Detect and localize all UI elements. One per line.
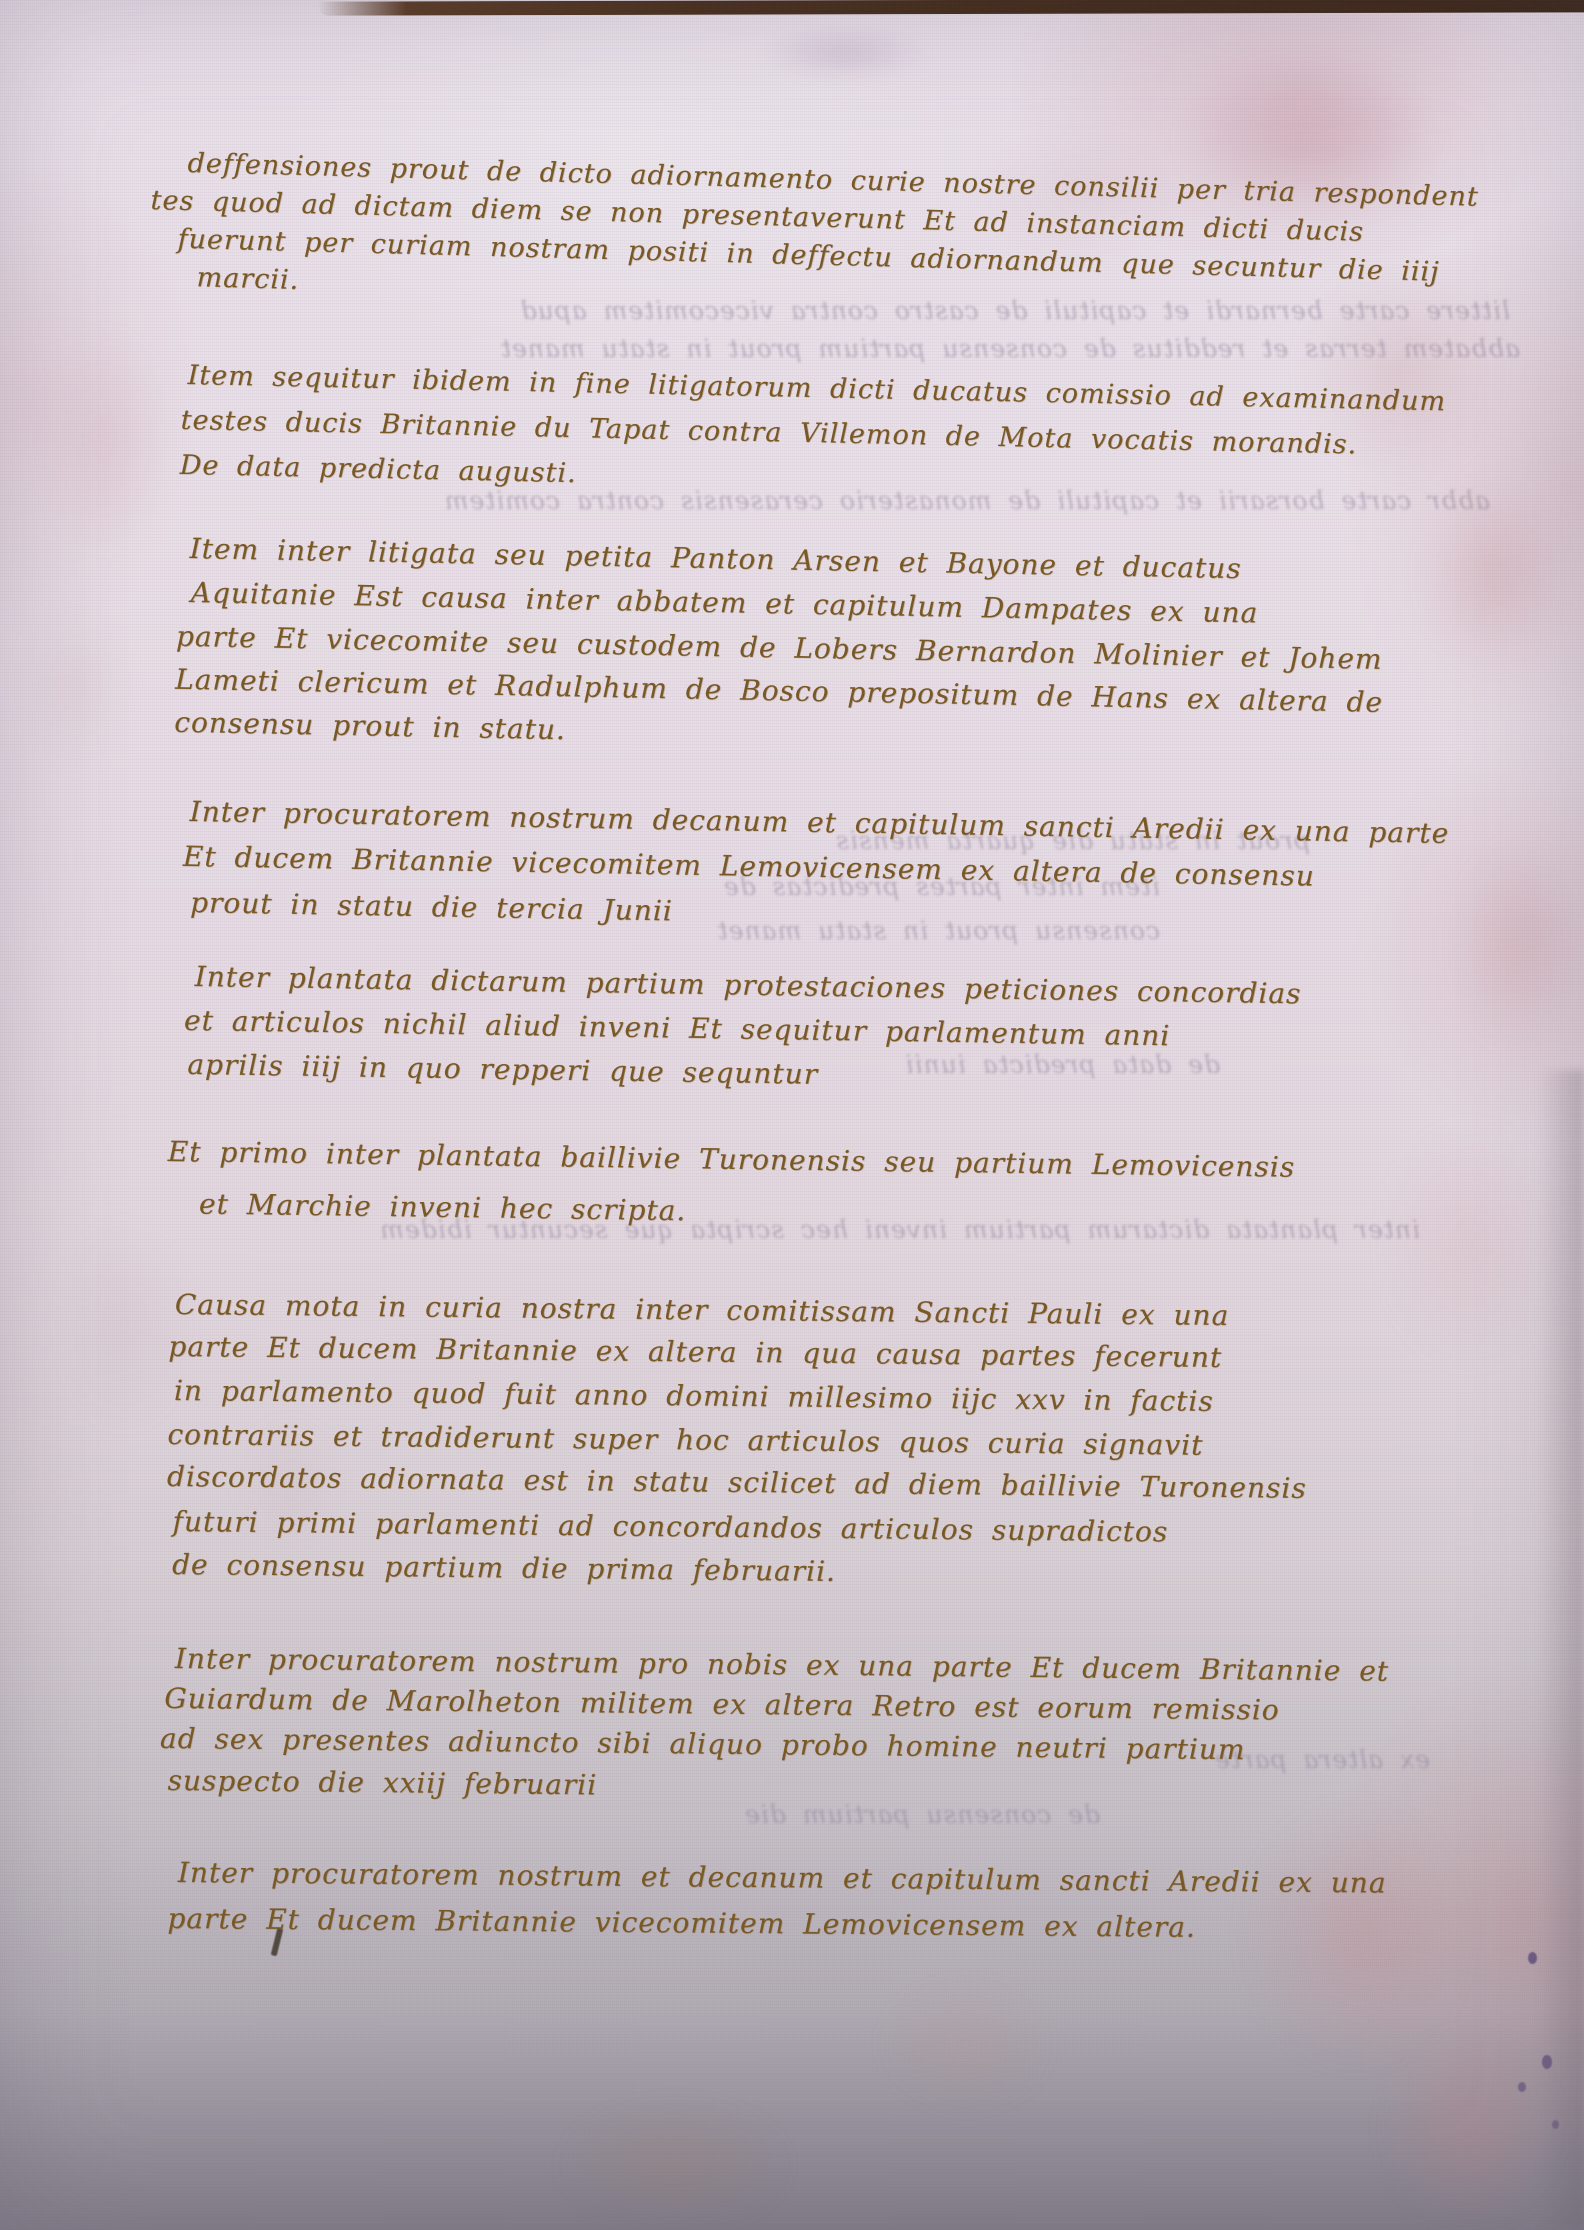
manuscript-line: ad sex presentes adiuncto sibi aliquo pr… xyxy=(160,1722,1246,1766)
manuscript-line: De data predicta augusti. xyxy=(179,450,577,489)
manuscript-line: Inter procuratorem nostrum decanum et ca… xyxy=(189,795,1449,850)
manuscript-line: marcii. xyxy=(196,262,299,296)
manuscript-line: et articulos nichil aliud inveni Et sequ… xyxy=(184,1004,1171,1052)
manuscript-line: Item inter litigata seu petita Panton Ar… xyxy=(189,532,1242,585)
manuscript-line: suspecto die xxiij februarii xyxy=(167,1764,597,1801)
manuscript-line: testes ducis Britannie du Tapat contra V… xyxy=(180,405,1357,461)
manuscript-line: Et ducem Britannie vicecomitem Lemovicen… xyxy=(183,840,1315,893)
manuscript-line: discordatos adiornata est in statu scili… xyxy=(167,1460,1307,1505)
manuscript-line: futuri primi parlamenti ad concordandos … xyxy=(172,1505,1168,1548)
manuscript-line: prout in statu die tercia Junii xyxy=(190,886,673,927)
manuscript-line: in parlamento quod fuit anno domini mill… xyxy=(174,1374,1214,1418)
manuscript-line: Guiardum de Marolheton militem ex altera… xyxy=(164,1682,1280,1727)
manuscript-line: contrariis et tradiderunt super hoc arti… xyxy=(167,1418,1203,1462)
manuscript-photo: littere carte bernardi et capituli de ca… xyxy=(0,0,1584,2230)
manuscript-text: deffensiones prout de dicto adiornamento… xyxy=(0,0,1584,2230)
manuscript-line: parte Et ducem Britannie ex altera in qu… xyxy=(168,1330,1222,1374)
manuscript-line: consensu prout in statu. xyxy=(174,706,566,747)
manuscript-line: Et primo inter plantata baillivie Turone… xyxy=(168,1135,1296,1184)
manuscript-line: Inter procuratorem nostrum et decanum et… xyxy=(178,1856,1387,1900)
manuscript-line: Aquitanie Est causa inter abbatem et cap… xyxy=(191,576,1259,629)
manuscript-line: Causa mota in curia nostra inter comitis… xyxy=(175,1288,1230,1332)
manuscript-line: de consensu partium die prima februarii. xyxy=(172,1548,836,1588)
manuscript-line: aprilis iiij in quo repperi que sequntur xyxy=(187,1048,818,1091)
manuscript-line: Inter plantata dictarum partium protesta… xyxy=(194,960,1301,1010)
manuscript-line: Inter procuratorem nostrum pro nobis ex … xyxy=(175,1642,1390,1688)
manuscript-line: et Marchie inveni hec scripta. xyxy=(199,1187,687,1227)
manuscript-line: parte Et ducem Britannie vicecomitem Lem… xyxy=(167,1902,1196,1944)
